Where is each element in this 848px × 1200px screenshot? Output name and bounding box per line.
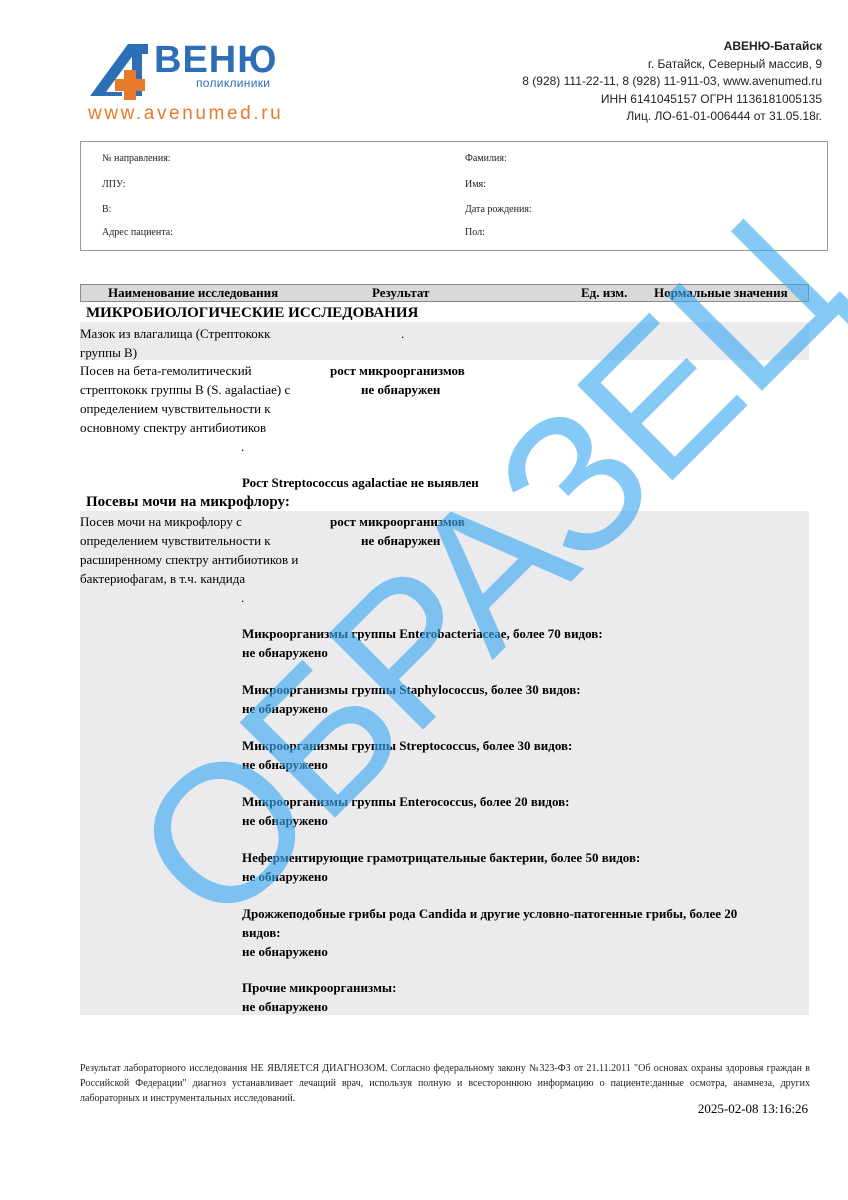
detail-item: Микроорганизмы группы Enterococcus, боле… [242, 792, 569, 830]
test-name: Мазок из влагалища (Стрептококк группы В… [80, 324, 270, 362]
section-title-urine-culture: Посевы мочи на микрофлору: [86, 493, 290, 511]
report-timestamp: 2025-02-08 13:16:26 [698, 1101, 808, 1117]
test-result-line1: рост микроорганизмов [330, 361, 465, 380]
lpu-label: ЛПУ: [102, 179, 125, 191]
clinic-license: Лиц. ЛО-61-01-006444 от 31.05.18г. [522, 108, 822, 126]
test-comment: Рост Streptococcus agalactiae не выявлен [242, 473, 479, 492]
logo-brand: ВЕНЮ [154, 40, 277, 80]
detail-item: Микроорганизмы группы Staphylococcus, бо… [242, 680, 581, 718]
detail-item: Дрожжеподобные грибы рода Candida и друг… [242, 904, 737, 961]
test-dot: . [241, 437, 244, 456]
clinic-name: АВЕНЮ-Батайск [522, 38, 822, 56]
clinic-address: г. Батайск, Северный массив, 9 [522, 56, 822, 74]
test-dot: . [241, 588, 244, 607]
test-result-line2: не обнаружен [361, 380, 440, 399]
sex-label: Пол: [465, 227, 485, 239]
header-result: Результат [372, 285, 429, 301]
detail-item: Микроорганизмы группы Streptococcus, бол… [242, 736, 572, 774]
test-name: Посев на бета-гемолитический стрептококк… [80, 361, 290, 437]
detail-item: Неферментирующие грамотрицательные бакте… [242, 848, 640, 886]
clinic-contacts: 8 (928) 111-22-11, 8 (928) 11-911-03, ww… [522, 73, 822, 91]
referral-number-label: № направления: [102, 153, 171, 165]
clinic-ids: ИНН 6141045157 ОГРН 1136181005135 [522, 91, 822, 109]
surname-label: Фамилия: [465, 153, 507, 165]
clinic-logo: ВЕНЮ поликлиники www.avenumed.ru [88, 40, 308, 130]
detail-item: Микроорганизмы группы Enterobacteriaceae… [242, 624, 603, 662]
patient-info-box: № направления: ЛПУ: В: Адрес пациента: Ф… [80, 141, 828, 251]
test-result-line1: рост микроорганизмов [330, 512, 465, 531]
name-label: Имя: [465, 179, 486, 191]
logo-subtitle: поликлиники [196, 76, 270, 90]
test-name: Посев мочи на микрофлору с определением … [80, 512, 298, 588]
clinic-info: АВЕНЮ-Батайск г. Батайск, Северный масси… [522, 38, 822, 126]
logo-url: www.avenumed.ru [88, 103, 283, 125]
birthdate-label: Дата рождения: [465, 204, 532, 216]
results-table-header: Наименование исследования Результат Ед. … [80, 284, 809, 302]
header-test-name: Наименование исследования [108, 285, 278, 301]
disclaimer-text: Результат лабораторного исследования НЕ … [80, 1061, 810, 1106]
detail-item: Прочие микроорганизмы: не обнаружено [242, 978, 396, 1016]
test-result: . [401, 324, 404, 343]
header-units: Ед. изм. [581, 285, 627, 301]
header-normal-values: Нормальные значения [654, 285, 788, 301]
patient-address-label: Адрес пациента: [102, 227, 173, 239]
section-title-microbiology: МИКРОБИОЛОГИЧЕСКИЕ ИССЛЕДОВАНИЯ [86, 304, 418, 322]
age-label: В: [102, 204, 111, 216]
test-result-line2: не обнаружен [361, 531, 440, 550]
